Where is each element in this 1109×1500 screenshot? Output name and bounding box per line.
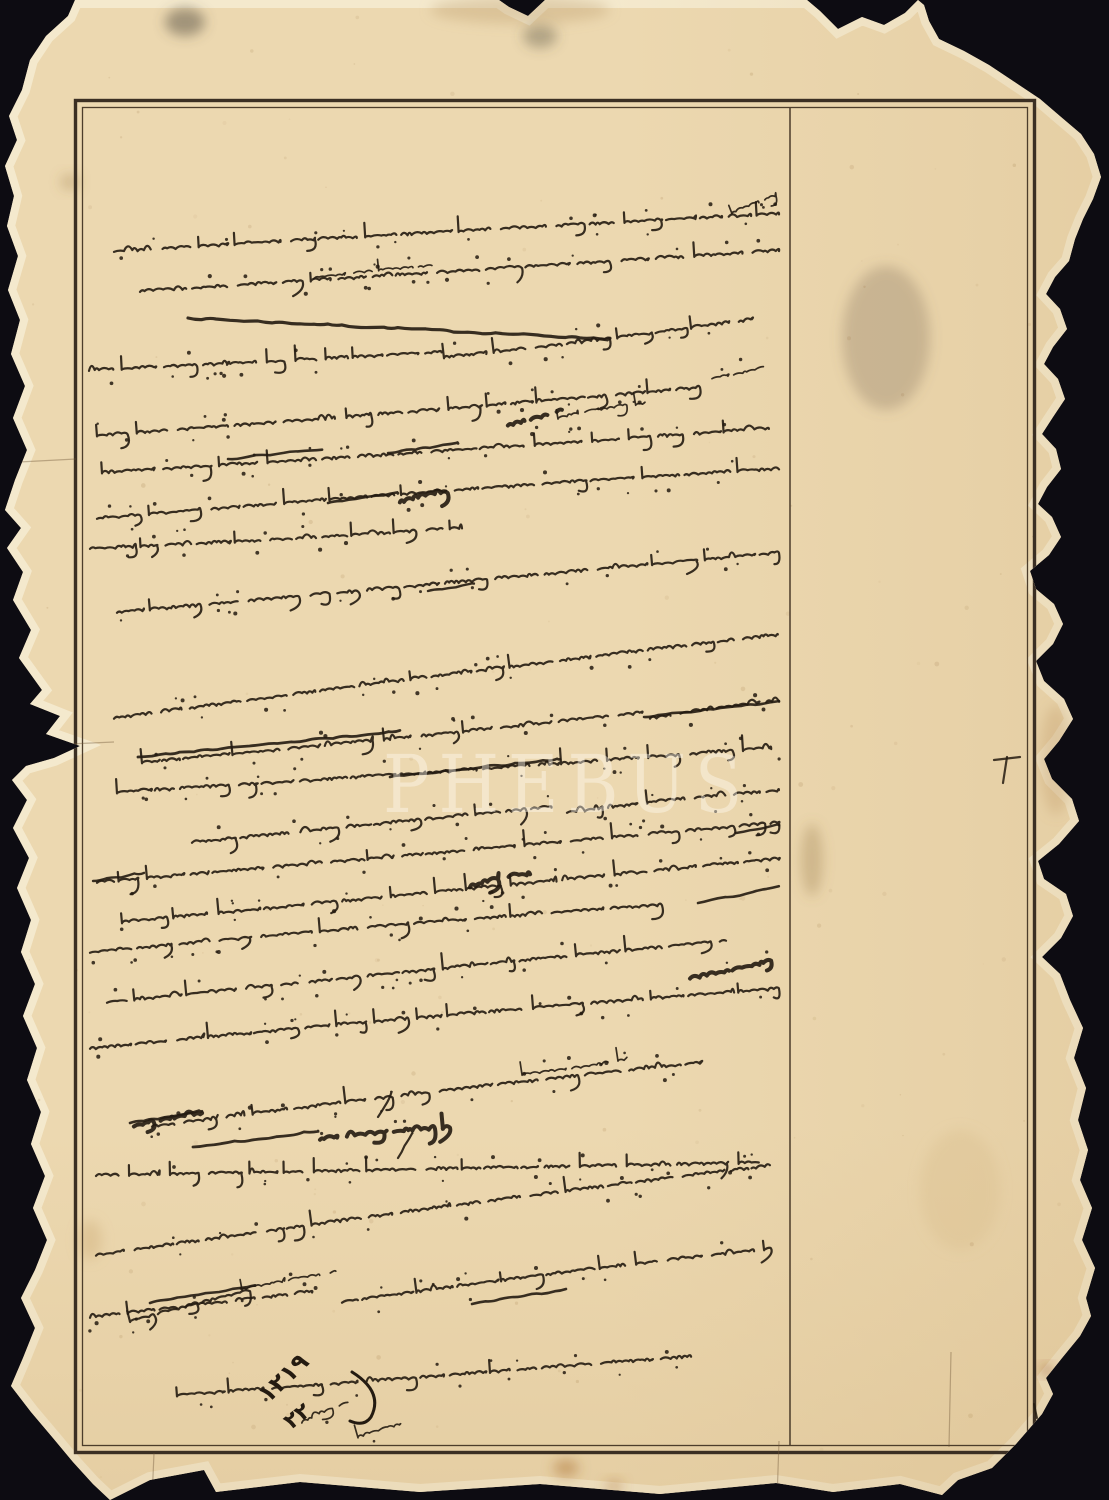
ink-dot (751, 1153, 753, 1155)
ink-dot (470, 1098, 473, 1101)
ink-dot (568, 403, 570, 405)
ink-dot (538, 1158, 542, 1162)
ink-dot (131, 528, 134, 531)
ink-dot (601, 1016, 604, 1019)
freckle (223, 121, 227, 125)
ink-dot (217, 609, 220, 612)
freckle (382, 904, 383, 905)
ink-dot (759, 996, 762, 999)
ink-dot (676, 248, 679, 251)
ink-dot (251, 475, 254, 478)
freckle (1013, 163, 1017, 167)
ink-dot (497, 410, 501, 414)
ink-dot (264, 1180, 266, 1182)
ink-dot (201, 716, 203, 718)
ink-dot (294, 348, 298, 352)
ink-dot (419, 590, 422, 593)
ink-dot (762, 708, 766, 712)
ink-dot (590, 666, 594, 670)
freckle (603, 1128, 607, 1132)
ink-dot (522, 838, 525, 841)
ink-dot (346, 816, 349, 819)
freckle (196, 794, 198, 796)
ink-dot (725, 241, 729, 245)
freckle (511, 1100, 513, 1102)
ink-dot (110, 381, 114, 385)
ink-dot (666, 1171, 670, 1175)
freckle (369, 1021, 372, 1024)
ink-dot (332, 909, 336, 913)
ink-dot (369, 916, 372, 919)
freckle (193, 214, 197, 218)
freckle (861, 1104, 864, 1107)
freckle (1023, 1120, 1025, 1122)
ink-dot (153, 884, 157, 888)
freckle (752, 455, 755, 458)
ink-dot (319, 731, 323, 735)
ink-dot (619, 1374, 621, 1376)
freckle (38, 1099, 41, 1102)
ink-dot (344, 541, 348, 545)
ink-dot (346, 1162, 349, 1165)
ink-dot (575, 328, 577, 330)
ink-dot (264, 1023, 266, 1025)
ink-dot (191, 953, 194, 956)
ink-dot (582, 851, 585, 854)
ink-dot (419, 979, 423, 983)
ink-dot (724, 567, 728, 571)
freckle (525, 508, 527, 510)
freckle (251, 1425, 256, 1430)
freckle (141, 1202, 146, 1207)
freckle (284, 156, 287, 159)
freckle (120, 136, 122, 138)
freckle (309, 520, 313, 524)
ink-dot (551, 390, 554, 393)
freckle (492, 670, 495, 673)
ink-dot (396, 979, 399, 982)
ink-dot (672, 1073, 675, 1076)
ink-dot (577, 493, 580, 496)
ink-dot (567, 1056, 571, 1060)
ink-dot (407, 256, 410, 259)
freckle (127, 1120, 129, 1122)
freckle (377, 959, 380, 962)
ink-dot (709, 202, 713, 206)
freckle (1043, 1448, 1046, 1451)
freckle (902, 1135, 903, 1136)
ink-dot (569, 217, 573, 221)
freckle (590, 944, 592, 946)
ink-dot (322, 970, 326, 974)
ink-dot (554, 868, 557, 871)
ink-dot (172, 1236, 175, 1239)
ink-dot (466, 929, 469, 932)
ink-dot (334, 1116, 336, 1118)
ink-dot (739, 358, 742, 361)
ink-dot (420, 503, 424, 507)
freckle (436, 1425, 439, 1428)
ink-dot (362, 871, 365, 874)
ink-dot (603, 723, 607, 727)
freckle (983, 963, 984, 964)
ink-dot (604, 1061, 608, 1065)
ink-dot (544, 357, 548, 361)
stain (605, 1480, 623, 1492)
ink-dot (628, 665, 632, 669)
ink-dot (521, 896, 524, 899)
ink-dot (726, 962, 728, 964)
ink-dot (484, 454, 487, 457)
ink-dot (130, 961, 133, 964)
freckle (829, 889, 833, 893)
freckle (275, 1159, 278, 1162)
freckle (1070, 605, 1072, 607)
ink-dot (325, 1421, 328, 1424)
ink-dot (242, 472, 246, 476)
ink-dot (345, 892, 347, 894)
ink-dot (264, 1183, 267, 1186)
freckle (794, 1137, 796, 1139)
ink-dot (120, 619, 122, 621)
freckle (202, 952, 204, 954)
ink-dot (96, 422, 98, 424)
ink-dot (152, 237, 154, 239)
freckle (88, 1011, 90, 1013)
ink-dot (471, 715, 475, 719)
ink-dot (465, 837, 468, 840)
ink-dot (243, 274, 247, 278)
ink-dot (442, 1180, 444, 1182)
freckle (540, 200, 542, 202)
freckle (900, 1094, 901, 1095)
freckle (314, 1188, 316, 1190)
ink-dot (175, 697, 177, 699)
ink-dot (206, 377, 209, 380)
ink-dot (392, 690, 395, 693)
ink-dot (436, 687, 439, 690)
ink-dot (194, 695, 197, 698)
ink-dot (627, 492, 629, 494)
ink-dot (487, 392, 490, 395)
freckle (548, 620, 550, 622)
ink-dot (663, 1078, 667, 1082)
freckle (917, 662, 921, 666)
ink-dot (292, 819, 296, 823)
ink-dot (373, 263, 375, 265)
ink-dot (320, 1132, 323, 1135)
ink-dot (165, 459, 168, 462)
ink-dot (488, 891, 491, 894)
ink-dot (646, 233, 648, 235)
ink-dot (253, 762, 256, 765)
ink-dot (299, 974, 301, 976)
freckle (401, 1100, 405, 1104)
ink-dot (412, 438, 416, 442)
freckle (141, 483, 146, 488)
freckle (341, 574, 345, 578)
ink-dot (302, 512, 305, 515)
ink-dot (522, 1072, 526, 1076)
ink-dot (563, 1371, 566, 1374)
ink-dot (461, 976, 463, 978)
ink-dot (651, 1168, 654, 1171)
ink-dot (445, 1200, 447, 1202)
ink-dot (114, 988, 118, 992)
ink-dot (407, 508, 411, 512)
ink-dot (129, 505, 132, 508)
ink-dot (509, 361, 513, 365)
ink-dot (153, 502, 157, 506)
ink-dot (219, 1232, 221, 1234)
ink-dot (508, 1378, 511, 1381)
freckle (965, 606, 969, 610)
ink-dot (676, 987, 679, 990)
ink-dot (234, 919, 236, 921)
ink-dot (520, 408, 524, 412)
freckle (1056, 752, 1060, 756)
freckle (897, 244, 899, 246)
ink-dot (426, 281, 429, 284)
ink-dot (313, 944, 316, 947)
ink-dot (340, 447, 342, 449)
freckle (660, 197, 663, 200)
ink-dot (530, 432, 534, 436)
ink-dot (228, 611, 231, 614)
ink-dot (264, 708, 268, 712)
ink-dot (745, 223, 748, 226)
ink-dot (394, 1120, 397, 1123)
ink-dot (92, 961, 96, 965)
freckle (137, 111, 140, 114)
ink-dot (377, 1310, 380, 1313)
ink-dot (381, 986, 384, 989)
ink-dot (219, 372, 222, 375)
freckle (250, 49, 253, 52)
ink-dot (496, 655, 499, 658)
ink-dot (451, 717, 455, 721)
ink-dot (394, 241, 396, 243)
ink-dot (458, 1385, 461, 1388)
ink-dot (560, 942, 564, 946)
freckle (894, 742, 897, 745)
ink-dot (314, 1286, 318, 1290)
ink-dot (522, 968, 526, 972)
freckle (354, 63, 356, 65)
ink-dot (550, 714, 553, 717)
ink-dot (373, 678, 375, 680)
ink-dot (231, 900, 233, 902)
ink-dot (543, 470, 547, 474)
ink-dot (336, 837, 339, 840)
freckle (129, 1269, 133, 1273)
freckle (901, 393, 904, 396)
ink-dot (599, 1063, 602, 1066)
ink-dot (335, 1033, 338, 1036)
ink-dot (434, 1156, 436, 1158)
ink-dot (561, 356, 564, 359)
freckle (256, 1304, 257, 1305)
ink-dot (133, 958, 137, 962)
ink-dot (306, 1178, 309, 1181)
freckle (728, 49, 731, 52)
freckle (29, 959, 30, 960)
ink-dot (187, 351, 191, 355)
ink-dot (605, 961, 608, 964)
ink-dot (263, 531, 266, 534)
ink-dot (179, 1253, 181, 1255)
ink-dot (535, 426, 538, 429)
ink-dot (454, 907, 458, 911)
freckle (970, 1242, 974, 1246)
photo-stage: ١٢١٩ ٢٢ PHEBUS (0, 0, 1109, 1500)
ink-dot (432, 1283, 435, 1286)
freckle (968, 1413, 973, 1418)
ink-dot (531, 388, 534, 391)
ink-dot (539, 1002, 542, 1005)
ink-dot (343, 230, 345, 232)
freckle (709, 442, 711, 444)
ink-dot (418, 480, 422, 484)
ink-dot (756, 239, 760, 243)
ink-dot (119, 256, 123, 260)
ink-dot (233, 611, 237, 615)
ink-dot (723, 423, 726, 426)
stain (523, 24, 557, 48)
freckle (685, 899, 686, 900)
ink-dot (181, 698, 185, 702)
ink-dot (260, 792, 263, 795)
ink-dot (308, 464, 311, 467)
ink-dot (627, 1014, 630, 1017)
ink-dot (349, 1181, 352, 1184)
ink-dot (402, 843, 406, 847)
freckle (1057, 1203, 1061, 1207)
ink-dot (574, 1354, 577, 1357)
ink-dot (717, 481, 720, 484)
ink-dot (748, 851, 751, 854)
ink-dot (760, 203, 763, 206)
ink-dot (448, 457, 450, 459)
ink-dot (312, 1236, 315, 1239)
freckle (79, 1389, 82, 1392)
ink-dot (415, 691, 419, 695)
ink-dot (346, 1013, 348, 1015)
ink-dot (320, 268, 323, 271)
ink-dot (487, 282, 490, 285)
ink-dot (300, 758, 303, 761)
ink-dot (293, 767, 296, 770)
ink-dot (364, 286, 368, 290)
freckle (934, 662, 939, 667)
freckle (817, 923, 821, 927)
ink-dot (301, 525, 304, 528)
ink-dot (596, 233, 599, 236)
ink-dot (339, 600, 341, 602)
stain (801, 824, 823, 896)
ink-dot (567, 996, 571, 1000)
ink-dot (96, 1055, 100, 1059)
ink-dot (572, 254, 574, 256)
freckle (314, 1193, 316, 1195)
ink-dot (748, 1176, 752, 1180)
ink-dot (403, 1120, 406, 1123)
ink-dot (731, 460, 734, 463)
ink-dot (222, 418, 226, 422)
ink-dot (648, 658, 651, 661)
ink-dot (474, 663, 477, 666)
ink-dot (236, 590, 239, 593)
freckle (450, 92, 454, 96)
freckle (558, 1370, 561, 1373)
ink-dot (618, 400, 622, 404)
ink-dot (315, 994, 319, 998)
freckle (665, 596, 669, 600)
ink-dot (579, 1178, 581, 1180)
ink-dot (445, 278, 449, 282)
ink-dot (524, 731, 528, 735)
ink-dot (283, 709, 286, 712)
ink-dot (274, 792, 277, 795)
freckle (355, 16, 359, 20)
ink-dot (214, 372, 217, 375)
ink-dot (130, 892, 134, 896)
freckle (100, 1476, 102, 1478)
ink-dot (200, 1403, 203, 1406)
ink-dot (171, 955, 174, 958)
ink-dot (204, 415, 207, 418)
freckle (119, 1335, 122, 1338)
ink-dot (88, 1329, 91, 1332)
ink-dot (225, 238, 228, 241)
ink-dot (355, 1394, 358, 1397)
freckle (882, 892, 886, 896)
ink-dot (549, 1182, 552, 1185)
ink-dot (435, 1363, 438, 1366)
ink-dot (700, 838, 702, 840)
ink-dot (157, 1132, 160, 1135)
ink-dot (254, 1222, 258, 1226)
ink-dot (257, 776, 260, 779)
ink-dot (516, 1359, 518, 1361)
ink-dot (172, 1165, 176, 1169)
ink-dot (667, 488, 671, 492)
ink-dot (623, 1052, 626, 1055)
freckle (857, 93, 859, 95)
ink-dot (224, 413, 227, 416)
ink-dot (95, 1321, 99, 1325)
ink-dot (315, 371, 318, 374)
ink-dot (390, 933, 393, 936)
ink-dot (367, 287, 371, 291)
freckle (422, 905, 423, 906)
ink-dot (473, 1006, 477, 1010)
freckle (766, 337, 769, 340)
freckle (325, 187, 326, 188)
ink-dot (635, 1193, 638, 1196)
ink-dot (638, 385, 641, 388)
ink-dot (604, 1279, 607, 1282)
ink-dot (294, 1018, 296, 1020)
freckle (286, 1404, 288, 1406)
freckle (438, 996, 442, 1000)
ink-dot (668, 336, 670, 338)
ink-dot (606, 1199, 610, 1203)
ink-dot (176, 530, 178, 532)
ink-dot (640, 427, 644, 431)
ink-dot (466, 568, 469, 571)
ink-dot (534, 1266, 538, 1270)
